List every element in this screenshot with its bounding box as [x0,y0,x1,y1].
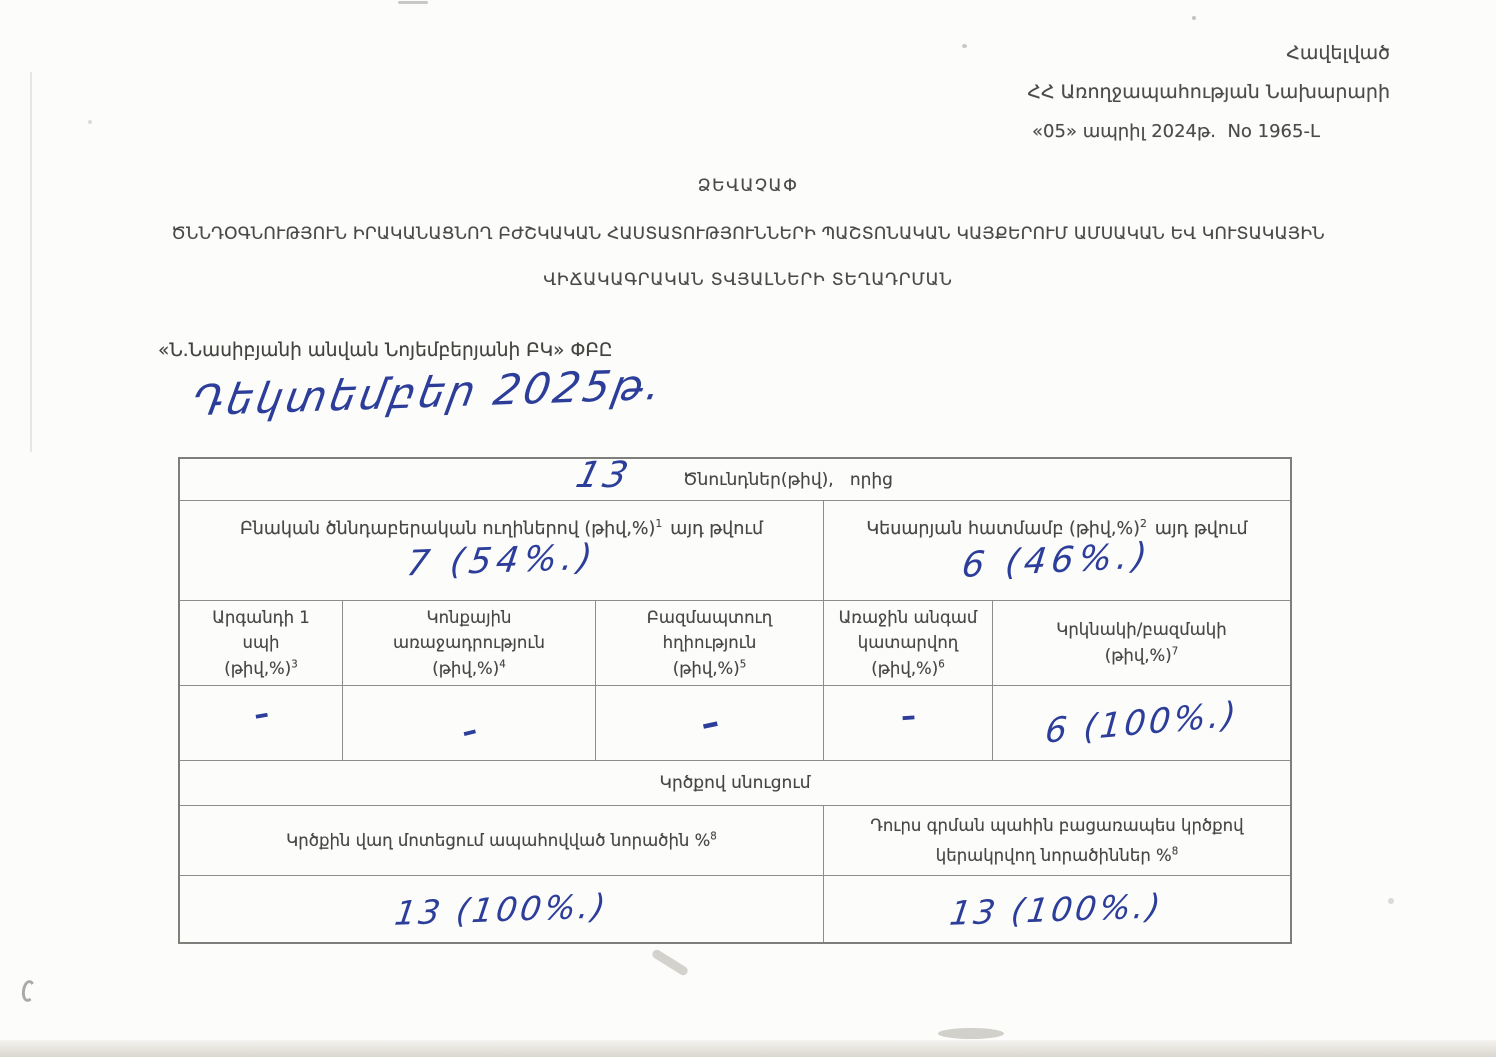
scan-smudge [938,1028,1004,1039]
natural-delivery-cell: Բնական ծննդաբերական ուղիներով (թիվ,%)1այ… [180,501,824,600]
scan-edge-line [30,72,32,452]
scanned-document-page: Հավելված ՀՀ Առողջապահության Նախարարի «05… [0,0,1496,1057]
delivery-type-row: Բնական ծննդաբերական ուղիներով (թիվ,%)1այ… [180,501,1290,601]
early-attachment-value-handwritten: 13 (100%.) [392,886,610,933]
scan-smudge-mark [21,979,37,1003]
early-attachment-header-cell: Կրծքին վաղ մոտեցում ապահովված նորածին %8 [180,806,824,875]
scan-smudge [651,948,690,977]
handwritten-reporting-period: Դեկտեմբեր 2025թ. [188,360,668,426]
births-count-handwritten: 13 [572,455,636,496]
col-header-repeat-cesarean: Կրկնակի/բազմակի (թիվ,%)7 [993,601,1290,685]
statistics-table: 13 Ծնունդներ(թիվ), որից Բնական ծննդաբերա… [178,457,1292,944]
births-row: 13 Ծնունդներ(թիվ), որից [180,459,1290,501]
scan-speck [1388,898,1394,904]
cesarean-delivery-cell: Կեսարյան հատմամբ (թիվ,%)2այդ թվում 6 (46… [824,501,1290,600]
col-header-breech-presentation: Կոնքային առաջադրություն (թիվ,%)4 [343,601,596,685]
births-label: Ծնունդներ(թիվ), որից [683,470,893,490]
repeat-cesarean-value-cell: 6 (100%.) [993,686,1290,760]
repeat-cesarean-value-handwritten: 6 (100%.) [1043,694,1240,751]
uterine-scar-value-cell: – [180,686,343,760]
breastfeeding-value-row: 13 (100%.) 13 (100%.) [180,876,1290,942]
scan-speck [962,44,967,48]
scan-speck [88,120,92,124]
exclusive-breastfeeding-value-handwritten: 13 (100%.) [948,886,1166,933]
early-attachment-value-cell: 13 (100%.) [180,876,824,942]
handwritten-dash: – [251,695,272,732]
appendix-label: Հավելված [1027,34,1390,73]
breech-presentation-value-cell: – [343,686,596,760]
natural-delivery-value-handwritten: 7 (54%.) [404,537,599,584]
handwritten-dash: – [696,701,722,745]
organization-name: «Ն.Նասիբյանի անվան Նոյեմբերյանի ԲԿ» ՓԲԸ [158,340,612,361]
col-header-uterine-scar: Արգանդի 1 սպի (թիվ,%)3 [180,601,343,685]
breastfeeding-section-row: Կրծքով սնուցում [180,761,1290,806]
scan-speck [1192,16,1196,20]
exclusive-breastfeeding-value-cell: 13 (100%.) [824,876,1290,942]
scan-bottom-band [0,1040,1496,1057]
document-title-line2: ՎԻՃԱԿԱԳՐԱԿԱՆ ՏՎՅԱԼՆԵՐԻ ՏԵՂԱԴՐՄԱՆ [0,270,1496,290]
ministry-label: ՀՀ Առողջապահության Նախարարի [1027,73,1390,112]
first-time-cesarean-value-cell: – [824,686,993,760]
handwritten-dash: – [457,712,480,750]
title-block: ՁԵՎԱՉԱՓ ԾՆՆԴՕԳՆՈՒԹՅՈՒՆ ԻՐԱԿԱՆԱՑՆՈՂ ԲԺՇԿԱ… [0,176,1496,290]
col-header-first-time-cesarean: Առաջին անգամ կատարվող (թիվ,%)6 [824,601,993,685]
document-format-title: ՁԵՎԱՉԱՓ [0,176,1496,196]
detail-value-row: – – – – 6 (100%.) [180,686,1290,761]
multiple-pregnancy-value-cell: – [596,686,824,760]
col-header-multiple-pregnancy: Բազմապտուղ հղիություն (թիվ,%)5 [596,601,824,685]
handwritten-dash: – [899,698,916,734]
cesarean-delivery-value-handwritten: 6 (46%.) [960,536,1154,586]
order-number-line: «05» ապրիլ 2024թ. No 1965-L [1027,112,1390,151]
natural-delivery-label: Բնական ծննդաբերական ուղիներով (թիվ,%)1այ… [240,517,763,539]
scan-edge-mark [398,1,428,4]
breastfeeding-header-row: Կրծքին վաղ մոտեցում ապահովված նորածին %8… [180,806,1290,876]
document-header-right: Հավելված ՀՀ Առողջապահության Նախարարի «05… [1027,34,1390,151]
exclusive-breastfeeding-header-cell: Դուրս գրման պահին բացառապես կրծքով կերակ… [824,806,1290,875]
breastfeeding-section-label: Կրծքով սնուցում [660,773,811,793]
detail-header-row: Արգանդի 1 սպի (թիվ,%)3 Կոնքային առաջադրո… [180,601,1290,686]
cesarean-delivery-label: Կեսարյան հատմամբ (թիվ,%)2այդ թվում [866,517,1247,539]
document-title-line1: ԾՆՆԴՕԳՆՈՒԹՅՈՒՆ ԻՐԱԿԱՆԱՑՆՈՂ ԲԺՇԿԱԿԱՆ ՀԱՍՏ… [0,224,1496,244]
